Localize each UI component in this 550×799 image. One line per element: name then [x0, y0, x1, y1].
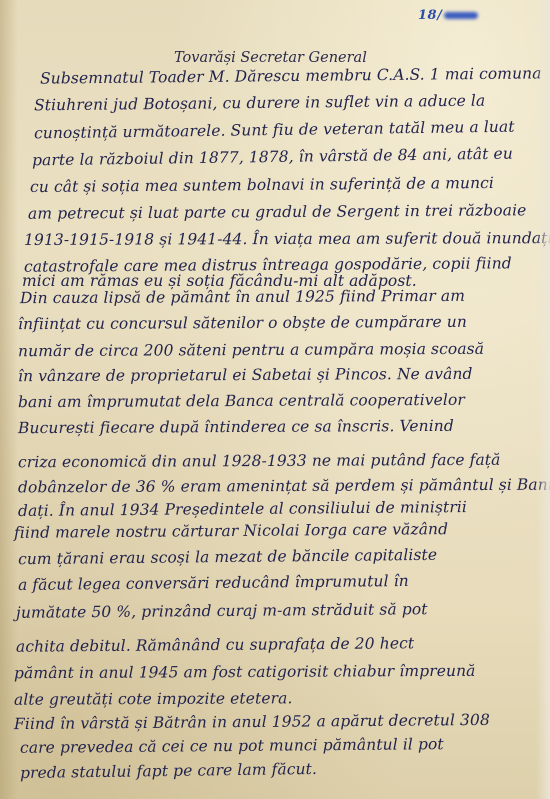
letter-line: achita debitul. Rămânând cu suprafața de…	[16, 634, 414, 655]
letter-line: număr de circa 200 săteni pentru a cumpă…	[18, 340, 484, 360]
letter-line: Din cauza lipsă de pământ în anul 1925 f…	[20, 287, 465, 307]
letter-line: preda statului fapt pe care lam făcut.	[20, 760, 317, 782]
letter-line: în vânzare de proprietarul ei Sabetai și…	[18, 365, 473, 385]
letter-line: cum țărani erau scoși la mezat de băncil…	[18, 546, 437, 568]
letter-line: înființat cu concursul sătenilor o obște…	[18, 313, 467, 333]
letter-line: dobânzelor de 36 % eram amenințat să per…	[18, 476, 550, 497]
letter-line: bani am împrumutat dela Banca centrală c…	[18, 391, 465, 411]
letter-line: fiind marele nostru cărturar Nicolai Ior…	[14, 520, 448, 542]
letter-line: pământ in anul 1945 am fost catigorisit …	[14, 662, 476, 682]
date-stamp-text: 18/	[418, 8, 442, 23]
letter-line: 1913-1915-1918 și 1941-44. În viața mea …	[24, 229, 550, 249]
handwritten-letter-page: 18/ Tovarăși Secretar General Subsemnatu…	[0, 0, 550, 799]
ink-smudge	[444, 12, 478, 19]
letter-line: Subsemnatul Toader M. Dărescu membru C.A…	[40, 64, 542, 87]
letter-line: a făcut legea conversări reducând împrum…	[18, 572, 409, 594]
letter-line: dați. În anul 1934 Președintele al consi…	[18, 498, 467, 520]
letter-line: Stiuhreni jud Botoșani, cu durere in suf…	[34, 92, 485, 115]
salutation: Tovarăși Secretar General	[174, 50, 367, 66]
letter-line: jumătate 50 %, prinzând curaj m-am străd…	[16, 600, 428, 622]
letter-line: parte la războiul din 1877, 1878, în vâr…	[32, 145, 513, 170]
letter-line: alte greutăți cote impozite etetera.	[14, 689, 293, 708]
letter-line: criza economică din anul 1928-1933 ne ma…	[18, 451, 501, 472]
date-stamp: 18/	[418, 8, 478, 23]
letter-line: cu cât și soția mea suntem bolnavi in su…	[30, 174, 494, 196]
letter-line: am petrecut și luat parte cu gradul de S…	[28, 201, 527, 222]
letter-line: București fiecare după întinderea ce sa …	[18, 417, 454, 437]
letter-line: Fiind în vârstă și Bătrân in anul 1952 a…	[14, 711, 490, 733]
letter-line: cunoștință următoarele. Sunt fiu de vete…	[34, 118, 515, 143]
letter-line: care prevedea că cei ce nu pot munci păm…	[20, 735, 444, 757]
